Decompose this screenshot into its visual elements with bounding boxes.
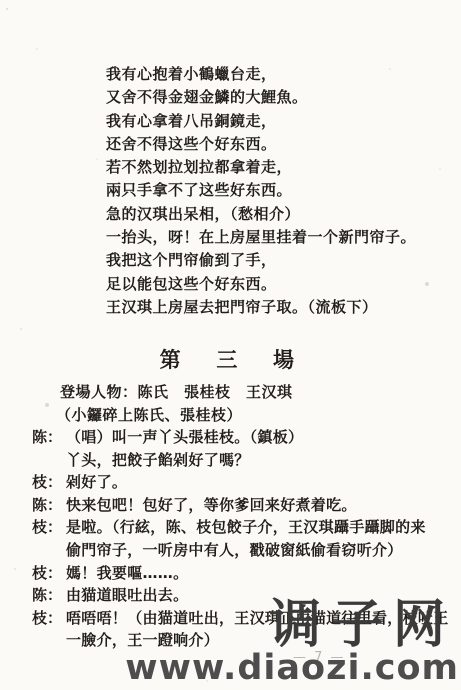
dialogue-entry: 枝： 唔唔唔！（由猫道吐出，王汉琪正由猫道往里看，枝吐王 一臉介，王一蹬响介） [32, 607, 452, 652]
speaker-label: 陈： [32, 584, 66, 607]
dialogue-entry: 枝： 剁好了。 [32, 471, 452, 494]
speaker-label: 陈： [32, 426, 66, 449]
speaker-label: 陈： [32, 494, 66, 517]
dialogue-entry: 枝： 媽！我要嘔……。 [32, 562, 452, 585]
dialogue-entry: 陈： 快来包吧！包好了，等你爹回来好煮着吃。 [32, 494, 452, 517]
dialogue-line: 一臉介，王一蹬响介） [66, 629, 452, 652]
verse-line: 王汉琪上房屋去把門帘子取。（流板下） [106, 296, 416, 319]
speaker-label: 枝： [32, 562, 66, 585]
dialogue-entry: 枝： 是啦。（行絃，陈、枝包餃子介，王汉琪躡手躡脚的来 偷門帘子，一听房中有人，… [32, 516, 452, 561]
dialogue-entry: 陈： 由猫道眼吐出去。 [32, 584, 452, 607]
dialogue-line: 是啦。（行絃，陈、枝包餃子介，王汉琪躡手躡脚的来 [66, 516, 452, 539]
speaker-label: 枝： [32, 516, 66, 539]
dialogue-line: 由猫道眼吐出去。 [66, 584, 452, 607]
dialogue-line: 剁好了。 [66, 471, 452, 494]
verse-line: 足以能包这些个好东西。 [106, 273, 416, 296]
dialogue-line: 偷門帘子，一听房中有人，戳破窗紙偷看窃听介） [66, 539, 452, 562]
dialogue-line: （唱）叫一声丫头張桂枝。（鎮板） [66, 426, 452, 449]
verse-line: 一抬头，呀！在上房屋里挂着一个新門帘子。 [106, 226, 416, 249]
dialogue-line: 快来包吧！包好了，等你爹回来好煮着吃。 [66, 494, 452, 517]
verse-line: 我把这个門帘偷到了手， [106, 249, 416, 272]
dialogue-line: 丫头，把餃子餡剁好了嗎？ [66, 449, 452, 472]
page-number: — 7 — [293, 650, 346, 665]
cast-list: 登場人物：陈氏 張桂枝 王汉琪 [60, 381, 293, 402]
dialogue-block: 陈： （唱）叫一声丫头張桂枝。（鎮板） 丫头，把餃子餡剁好了嗎？ 枝： 剁好了。… [32, 426, 452, 652]
verse-line: 兩只手拿不了这些好东西。 [106, 179, 416, 202]
verse-line: 我有心拿着八吊銅鏡走， [106, 110, 416, 133]
scanned-script-page: 我有心抱着小鶴蠟台走， 又舍不得金翅金鱗的大鯉魚。 我有心拿着八吊銅鏡走， 还舍… [0, 0, 461, 690]
verse-block: 我有心抱着小鶴蠟台走， 又舍不得金翅金鱗的大鯉魚。 我有心拿着八吊銅鏡走， 还舍… [106, 63, 416, 319]
verse-line: 若不然划拉划拉都拿着走， [106, 156, 416, 179]
scene-heading: 第 三 場 [0, 344, 461, 374]
verse-line: 急的汉琪出呆相，（愁相介） [106, 203, 416, 226]
entrance-stage-direction: （小鑼碎上陈氏、張桂枝） [56, 404, 242, 425]
verse-line: 还舍不得这些个好东西。 [106, 133, 416, 156]
scan-noise [6, 8, 8, 10]
dialogue-line: 媽！我要嘔……。 [66, 562, 452, 585]
speaker-label: 枝： [32, 471, 66, 494]
dialogue-entry: 陈： （唱）叫一声丫头張桂枝。（鎮板） 丫头，把餃子餡剁好了嗎？ [32, 426, 452, 471]
verse-line: 我有心抱着小鶴蠟台走， [106, 63, 416, 86]
dialogue-line: 唔唔唔！（由猫道吐出，王汉琪正由猫道往里看，枝吐王 [66, 607, 452, 630]
verse-line: 又舍不得金翅金鱗的大鯉魚。 [106, 86, 416, 109]
speaker-label: 枝： [32, 607, 66, 630]
